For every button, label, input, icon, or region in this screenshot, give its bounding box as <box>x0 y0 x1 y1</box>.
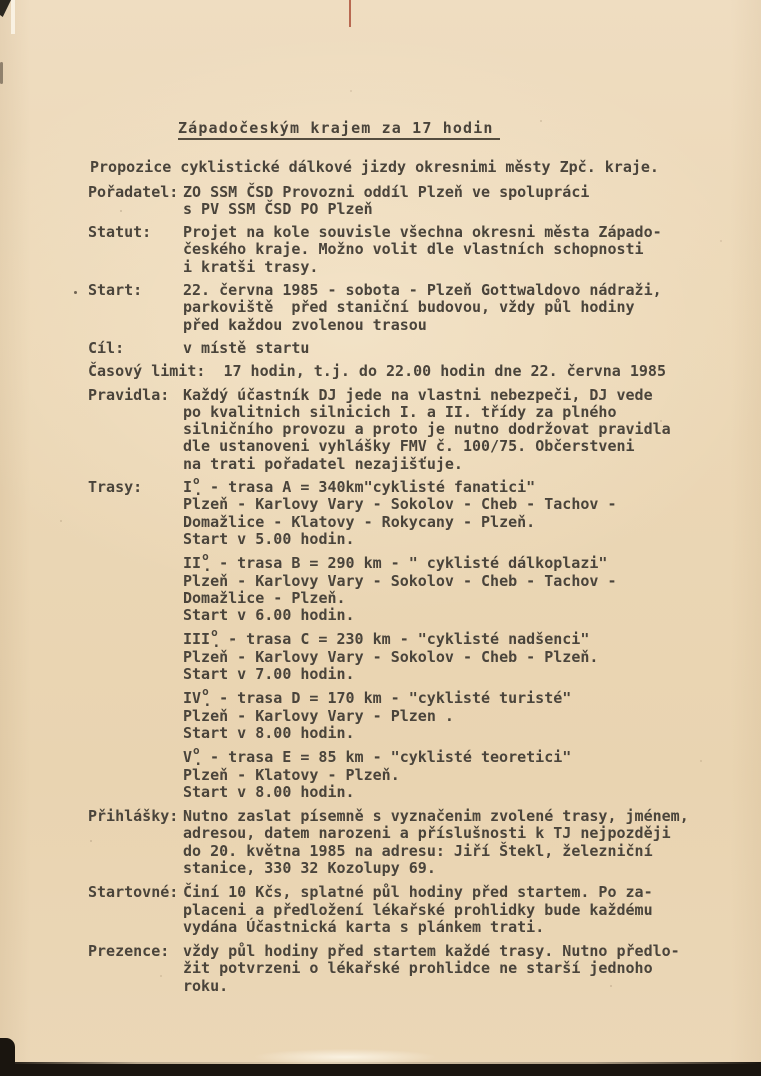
route-block-4: IVo. - trasa D = 170 km - "cyklisté turi… <box>183 690 703 742</box>
scan-artifact-bottom-left <box>0 1038 15 1070</box>
text-line: 22. června 1985 - sobota - Plzeň Gottwal… <box>183 282 703 299</box>
text-line: adresou, datem narozeni a příslušnosti k… <box>183 825 703 842</box>
route-block-2: IIo. - trasa B = 290 km - " cyklisté dál… <box>183 555 703 624</box>
text-line: Start v 7.00 hodin. <box>183 666 703 683</box>
scan-artifact-top-left <box>0 0 11 17</box>
section-label: Prezence: <box>88 943 169 960</box>
route-title: - trasa E = 85 km - "cyklisté teoretici" <box>201 748 571 766</box>
text-line: roku. <box>183 978 703 995</box>
section-label: Trasy: <box>88 479 142 496</box>
section-prihlasky: Přihlášky: Nutno zaslat písemně s vyznač… <box>88 808 703 877</box>
scan-artifact-left-edge <box>0 62 3 84</box>
text-line: Činí 10 Kčs, splatné půl hodiny před sta… <box>183 884 703 901</box>
text-line: Plzeň - Karlovy Vary - Sokolov - Cheb - … <box>183 496 703 513</box>
text-line: 17 hodin, t.j. do 22.00 hodin dne 22. če… <box>223 362 666 380</box>
document-content: Západočeským krajem za 17 hodin Propozic… <box>88 120 703 995</box>
route-title: - trasa B = 290 km - " cyklisté dálkopla… <box>210 554 607 572</box>
document-title: Západočeským krajem za 17 hodin <box>178 120 500 140</box>
text-line: Každý účastník DJ jede na vlastni nebezp… <box>183 387 703 404</box>
ordinal-mark: o. <box>210 631 219 646</box>
scanned-document-page: Západočeským krajem za 17 hodin Propozic… <box>0 0 761 1076</box>
text-line: po kvalitnich silnicich I. a II. třídy z… <box>183 404 703 421</box>
route-block-1: Io. - trasa A = 340km"cyklisté fanatici"… <box>183 479 703 548</box>
section-start: Start: 22. června 1985 - sobota - Plzeň … <box>88 282 703 334</box>
text-line: Projet na kole souvisle všechna okresni … <box>183 224 703 241</box>
text-line: českého kraje. Možno volit dle vlastních… <box>183 241 703 258</box>
ordinal-mark: o. <box>201 690 210 705</box>
section-label: Statut: <box>88 224 151 241</box>
text-line: Nutno zaslat písemně s vyznačenim zvolen… <box>183 808 703 825</box>
text-line: Plzeň - Klatovy - Plzeň. <box>183 767 703 784</box>
section-casovy-limit: Časový limit: 17 hodin, t.j. do 22.00 ho… <box>88 363 703 380</box>
section-statut: Statut: Projet na kole souvisle všechna … <box>88 224 703 276</box>
scan-artifact-bottom-edge <box>0 1064 761 1076</box>
text-line: před každou zvolenou trasou <box>183 317 703 334</box>
ordinal-mark: o. <box>192 749 201 764</box>
route-numeral: I <box>183 478 192 496</box>
route-numeral: III <box>183 630 210 648</box>
section-cil: Cíl: v místě startu <box>88 340 703 357</box>
ordinal-mark: o. <box>192 479 201 494</box>
section-startovne: Startovné: Činí 10 Kčs, splatné půl hodi… <box>88 884 703 936</box>
section-prezence: Prezence: vždy půl hodiny před startem k… <box>88 943 703 995</box>
text-line: parkoviště před staniční budovou, vždy p… <box>183 299 703 316</box>
section-label: Startovné: <box>88 884 178 901</box>
text-line: Plzeň - Karlovy Vary - Sokolov - Cheb - … <box>183 649 703 666</box>
text-line: na trati pořadatel nezajišťuje. <box>183 456 703 473</box>
text-line: vždy půl hodiny před startem každé trasy… <box>183 943 703 960</box>
section-trasy: Trasy: Io. - trasa A = 340km"cyklisté fa… <box>88 479 703 801</box>
section-label: Cíl: <box>88 340 124 357</box>
route-numeral: IV <box>183 689 201 707</box>
text-line: Plzeň - Karlovy Vary - Sokolov - Cheb - … <box>183 573 703 590</box>
route-head: Io. - trasa A = 340km"cyklisté fanatici" <box>183 479 703 496</box>
text-line: žit potvrzeni o lékařské prohlidce ne st… <box>183 960 703 977</box>
text-line: Plzeň - Karlovy Vary - Plzen . <box>183 708 703 725</box>
text-line: vydána Účastnická karta s plánkem trati. <box>183 919 703 936</box>
route-head: Vo. - trasa E = 85 km - "cyklisté teoret… <box>183 749 703 766</box>
text-line: Start v 8.00 hodin. <box>183 725 703 742</box>
section-poradatel: Pořadatel: ZO SSM ČSD Provozni oddíl Plz… <box>88 184 703 219</box>
text-line: i kratši trasy. <box>183 259 703 276</box>
route-head: IVo. - trasa D = 170 km - "cyklisté turi… <box>183 690 703 707</box>
section-pravidla: Pravidla: Každý účastník DJ jede na vlas… <box>88 387 703 473</box>
text-line: Start v 8.00 hodin. <box>183 784 703 801</box>
scan-artifact-dot <box>74 291 77 294</box>
text-line: Domažlice - Plzeň. <box>183 590 703 607</box>
route-head: IIIo. - trasa C = 230 km - "cyklisté nad… <box>183 631 703 648</box>
scan-artifact-sliver <box>11 0 15 34</box>
scan-artifact-red-mark <box>349 0 351 27</box>
text-line: s PV SSM ČSD PO Plzeň <box>183 201 703 218</box>
route-numeral: V <box>183 748 192 766</box>
route-title: - trasa C = 230 km - "cyklisté nadšenci" <box>219 630 589 648</box>
text-line: dle ustanoveni vyhlášky FMV č. 100/75. O… <box>183 438 703 455</box>
route-block-5: Vo. - trasa E = 85 km - "cyklisté teoret… <box>183 749 703 801</box>
section-label: Časový limit: <box>88 362 214 380</box>
text-line: silničního provozu a proto je nutno dodr… <box>183 421 703 438</box>
text-line: do 20. května 1985 na adresu: Jiří Štekl… <box>183 843 703 860</box>
text-line: placeni a předložení lékařské prohlidky … <box>183 902 703 919</box>
route-block-3: IIIo. - trasa C = 230 km - "cyklisté nad… <box>183 631 703 683</box>
section-label: Pravidla: <box>88 387 169 404</box>
route-head: IIo. - trasa B = 290 km - " cyklisté dál… <box>183 555 703 572</box>
section-label: Pořadatel: <box>88 184 178 201</box>
route-title: - trasa D = 170 km - "cyklisté turisté" <box>210 689 571 707</box>
section-label: Přihlášky: <box>88 808 178 825</box>
text-line: v místě startu <box>183 340 703 357</box>
text-line: stanice, 330 32 Kozolupy 69. <box>183 860 703 877</box>
section-label: Start: <box>88 282 142 299</box>
text-line: Start v 6.00 hodin. <box>183 607 703 624</box>
route-title: - trasa A = 340km"cyklisté fanatici" <box>201 478 535 496</box>
text-line: Start v 5.00 hodin. <box>183 531 703 548</box>
text-line: Domažlice - Klatovy - Rokycany - Plzeň. <box>183 514 703 531</box>
route-numeral: II <box>183 554 201 572</box>
intro-line: Propozice cyklistické dálkové jizdy okre… <box>90 159 703 176</box>
text-line: ZO SSM ČSD Provozni oddíl Plzeň ve spolu… <box>183 184 703 201</box>
ordinal-mark: o. <box>201 555 210 570</box>
